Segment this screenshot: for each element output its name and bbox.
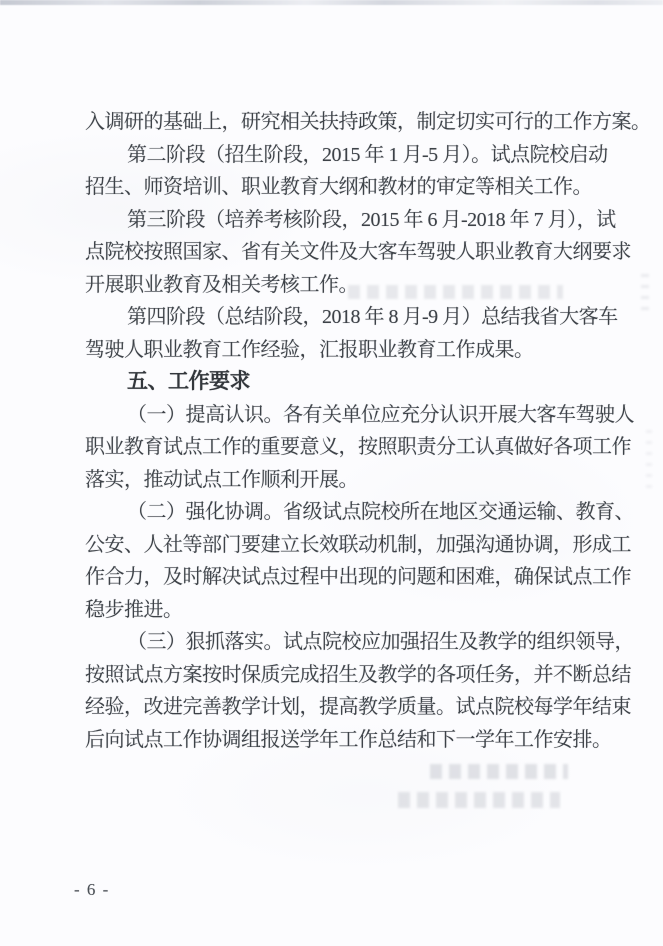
text-line: 入调研的基础上，研究相关扶持政策，制定切实可行的工作方案。: [85, 106, 605, 139]
text-line: 后向试点工作协调组报送学年工作总结和下一学年工作安排。: [85, 724, 605, 757]
bleed-through-mark: [646, 430, 652, 488]
bleed-through-mark: [348, 285, 563, 299]
text-line: 作合力，及时解决试点过程中出现的问题和困难，确保试点工作: [85, 561, 605, 594]
text-line: 按照试点方案按时保质完成招生及教学的各项任务，并不断总结: [85, 659, 605, 692]
text-line: 第二阶段（招生阶段，2015 年 1 月-5 月）。试点院校启动: [85, 139, 605, 172]
page-number: - 6 -: [74, 880, 110, 900]
text-line: 点院校按照国家、省有关文件及大客车驾驶人职业教育大纲要求: [85, 236, 605, 269]
text-line: （二）强化协调。省级试点院校所在地区交通运输、教育、: [85, 496, 605, 529]
text-line: 驾驶人职业教育工作经验，汇报职业教育工作成果。: [85, 334, 605, 367]
bleed-through-mark: [641, 266, 649, 310]
scan-edge-artifact: [0, 0, 663, 5]
bleed-through-mark: [398, 792, 560, 808]
text-line: 落实，推动试点工作顺利开展。: [85, 464, 605, 497]
text-line: 经验，改进完善教学计划，提高教学质量。试点院校每学年结束: [85, 691, 605, 724]
text-line: （一）提高认识。各有关单位应充分认识开展大客车驾驶人: [85, 399, 605, 432]
bleed-through-mark: [430, 764, 568, 779]
text-line: 稳步推进。: [85, 594, 605, 627]
document-text-block: 入调研的基础上，研究相关扶持政策，制定切实可行的工作方案。第二阶段（招生阶段，2…: [85, 106, 605, 756]
scanned-document-page: 入调研的基础上，研究相关扶持政策，制定切实可行的工作方案。第二阶段（招生阶段，2…: [0, 0, 663, 946]
text-line: 公安、人社等部门要建立长效联动机制，加强沟通协调，形成工: [85, 529, 605, 562]
text-line: 招生、师资培训、职业教育大纲和教材的审定等相关工作。: [85, 171, 605, 204]
text-line: 职业教育试点工作的重要意义，按照职责分工认真做好各项工作: [85, 431, 605, 464]
section-heading: 五、工作要求: [85, 366, 605, 399]
text-line: 第四阶段（总结阶段，2018 年 8 月-9 月）总结我省大客车: [85, 301, 605, 334]
text-line: 第三阶段（培养考核阶段，2015 年 6 月-2018 年 7 月），试: [85, 204, 605, 237]
text-line: （三）狠抓落实。试点院校应加强招生及教学的组织领导，: [85, 626, 605, 659]
